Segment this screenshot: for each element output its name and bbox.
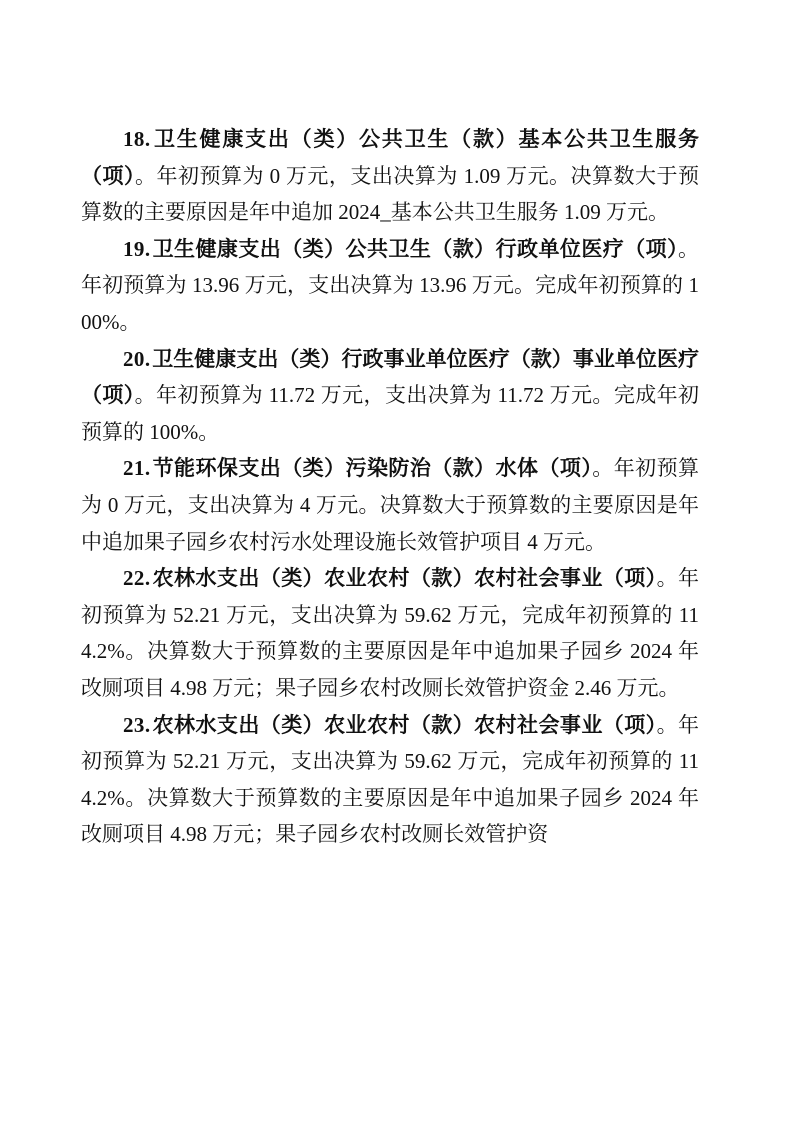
budget-paragraph-18: 18.卫生健康支出（类）公共卫生（款）基本公共卫生服务（项）。年初预算为 0 万… (81, 121, 699, 231)
budget-paragraph-23: 23.农林水支出（类）农业农村（款）农村社会事业（项）。年初预算为 52.21 … (81, 707, 699, 853)
paragraph-heading: 农林水支出（类）农业农村（款）农村社会事业（项） (152, 566, 656, 590)
paragraph-number: 23. (123, 713, 151, 737)
paragraph-number: 18. (123, 127, 151, 151)
budget-paragraph-20: 20.卫生健康支出（类）行政事业单位医疗（款）事业单位医疗（项）。年初预算为 1… (81, 341, 699, 451)
paragraph-number: 20. (123, 347, 151, 371)
paragraph-heading: 节能环保支出（类）污染防治（款）水体（项） (152, 456, 592, 480)
budget-paragraph-22: 22.农林水支出（类）农业农村（款）农村社会事业（项）。年初预算为 52.21 … (81, 560, 699, 706)
paragraph-body: 。年初预算为 0 万元，支出决算为 1.09 万元。决算数大于预算数的主要原因是… (81, 164, 699, 225)
paragraph-number: 19. (123, 237, 151, 261)
paragraph-body: 。年初预算为 11.72 万元，支出决算为 11.72 万元。完成年初预算的 1… (81, 383, 699, 444)
document-page: 18.卫生健康支出（类）公共卫生（款）基本公共卫生服务（项）。年初预算为 0 万… (0, 0, 793, 1122)
paragraph-heading: 卫生健康支出（类）公共卫生（款）行政单位医疗（项） (152, 237, 678, 261)
paragraph-heading: 农林水支出（类）农业农村（款）农村社会事业（项） (152, 713, 656, 737)
budget-paragraph-19: 19.卫生健康支出（类）公共卫生（款）行政单位医疗（项）。年初预算为 13.96… (81, 231, 699, 341)
paragraph-number: 21. (123, 456, 151, 480)
budget-paragraph-21: 21.节能环保支出（类）污染防治（款）水体（项）。年初预算为 0 万元，支出决算… (81, 450, 699, 560)
paragraph-number: 22. (123, 566, 151, 590)
